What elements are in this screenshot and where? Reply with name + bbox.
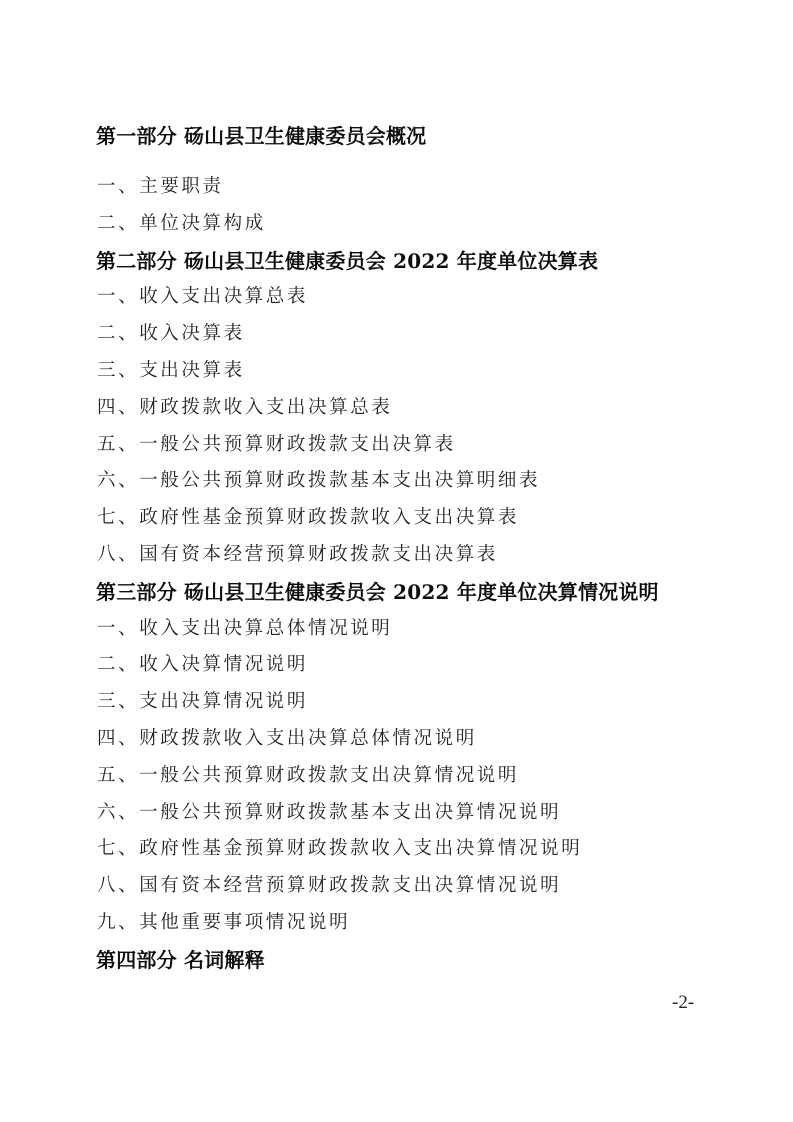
toc-item: 一、主要职责 (96, 169, 756, 206)
toc-item: 八、国有资本经营预算财政拨款支出决算情况说明 (96, 868, 756, 905)
page-number: -2- (672, 992, 694, 1014)
toc-item: 二、收入决算表 (96, 316, 756, 353)
toc-item: 六、一般公共预算财政拨款基本支出决算情况说明 (96, 795, 756, 832)
table-of-contents: 第一部分 砀山县卫生健康委员会概况 一、主要职责 二、单位决算构成 第二部分 砀… (96, 121, 756, 979)
toc-item: 五、一般公共预算财政拨款支出决算表 (96, 427, 756, 464)
toc-item: 一、收入支出决算总表 (96, 279, 756, 316)
toc-item: 四、财政拨款收入支出决算总体情况说明 (96, 721, 756, 758)
toc-item: 二、收入决算情况说明 (96, 647, 756, 684)
toc-item: 八、国有资本经营预算财政拨款支出决算表 (96, 537, 756, 574)
section-heading-part-4: 第四部分 名词解释 (96, 942, 756, 979)
toc-item: 九、其他重要事项情况说明 (96, 905, 756, 942)
toc-item: 三、支出决算情况说明 (96, 684, 756, 721)
toc-item: 七、政府性基金预算财政拨款收入支出决算情况说明 (96, 831, 756, 868)
section-heading-part-3: 第三部分 砀山县卫生健康委员会 2022 年度单位决算情况说明 (96, 574, 756, 611)
section-heading-part-2: 第二部分 砀山县卫生健康委员会 2022 年度单位决算表 (96, 243, 756, 280)
toc-item: 三、支出决算表 (96, 353, 756, 390)
document-page: 第一部分 砀山县卫生健康委员会概况 一、主要职责 二、单位决算构成 第二部分 砀… (0, 0, 793, 1122)
toc-item: 一、收入支出决算总体情况说明 (96, 611, 756, 648)
section-heading-part-1: 第一部分 砀山县卫生健康委员会概况 (96, 121, 756, 169)
toc-item: 五、一般公共预算财政拨款支出决算情况说明 (96, 758, 756, 795)
toc-item: 六、一般公共预算财政拨款基本支出决算明细表 (96, 463, 756, 500)
toc-item: 四、财政拨款收入支出决算总表 (96, 390, 756, 427)
toc-item: 二、单位决算构成 (96, 206, 756, 243)
toc-item: 七、政府性基金预算财政拨款收入支出决算表 (96, 500, 756, 537)
